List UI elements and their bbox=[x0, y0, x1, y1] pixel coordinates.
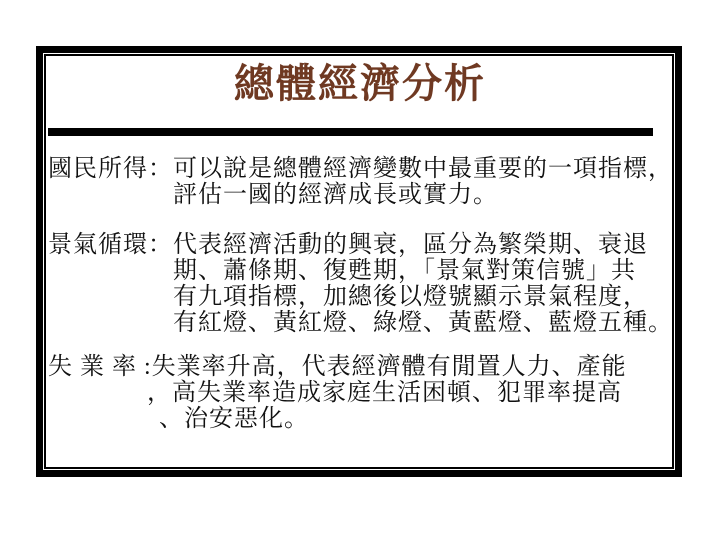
paragraph-business-cycle: 景氣循環：代表經濟活動的興衰，區分為繁榮期、衰退 期、蕭條期、復甦期，「景氣對策… bbox=[48, 232, 674, 336]
text-line: 失 業 率 :失業率升高，代表經濟體有閒置人力、產能 bbox=[48, 354, 674, 380]
text-line: 評估一國的經濟成長或實力。 bbox=[48, 182, 674, 208]
title-underline-rule bbox=[48, 128, 653, 136]
paragraph-national-income: 國民所得：可以說是總體經濟變數中最重要的一項指標， 評估一國的經濟成長或實力。 bbox=[48, 156, 674, 208]
text-line: 期、蕭條期、復甦期，「景氣對策信號」共 bbox=[48, 258, 674, 284]
text-line: 有紅燈、黃紅燈、綠燈、黃藍燈、藍燈五種。 bbox=[48, 310, 674, 336]
text-line: 、治安惡化。 bbox=[48, 406, 674, 432]
slide-canvas: 總體經濟分析 國民所得：可以說是總體經濟變數中最重要的一項指標， 評估一國的經濟… bbox=[0, 0, 720, 540]
text-line: 景氣循環：代表經濟活動的興衰，區分為繁榮期、衰退 bbox=[48, 232, 674, 258]
text-line: 有九項指標，加總後以燈號顯示景氣程度， bbox=[48, 284, 674, 310]
paragraph-unemployment-rate: 失 業 率 :失業率升高，代表經濟體有閒置人力、產能 ，高失業率造成家庭生活困頓… bbox=[48, 354, 674, 432]
text-line: ，高失業率造成家庭生活困頓、犯罪率提高 bbox=[48, 380, 674, 406]
text-line: 國民所得：可以說是總體經濟變數中最重要的一項指標， bbox=[48, 156, 674, 182]
slide-title: 總體經濟分析 bbox=[48, 64, 672, 104]
